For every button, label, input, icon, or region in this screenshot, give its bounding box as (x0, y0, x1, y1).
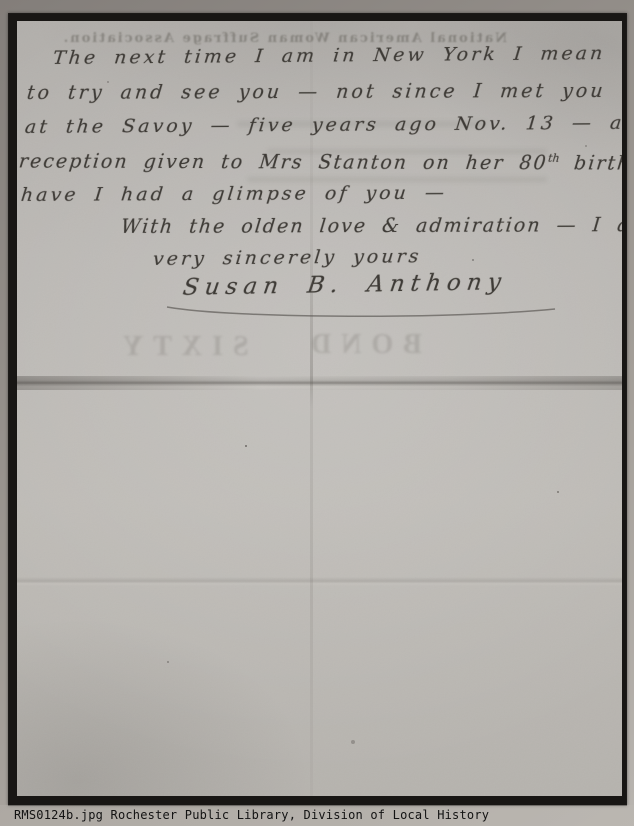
handwriting-line: The next time I am in New York I mean (52, 42, 606, 69)
photo-mount: National American Woman Suffrage Associa… (8, 13, 627, 806)
caption-bar: RMS0124b.jpg Rochester Public Library, D… (0, 805, 634, 826)
handwriting-line: to try and see you — not since I met you (26, 80, 607, 104)
handwriting-line: reception given to Mrs Stanton on her 80… (18, 150, 622, 175)
handwriting-text: birth-day — (558, 152, 622, 175)
signature: Susan B. Anthony (181, 269, 508, 301)
letter-paper: National American Woman Suffrage Associa… (17, 21, 622, 796)
handwriting-line: have I had a glimpse of you — (20, 182, 448, 206)
paper-specks (245, 445, 247, 447)
scanned-letter-photo: { "photo": { "caption": "RMS0124b.jpg Ro… (0, 0, 634, 826)
fold-crease-vertical (310, 21, 313, 796)
fold-crease-horizontal (17, 376, 622, 390)
handwriting-line: With the olden love & admiration — I am (120, 214, 622, 238)
watermark-text: SIXTY (113, 331, 249, 363)
handwriting-line: at the Savoy — five years ago Nov. 13 — … (24, 111, 622, 138)
fold-crease-horizontal (17, 577, 622, 586)
handwriting-line: very sincerely yours (152, 245, 423, 270)
signature-flourish (165, 302, 557, 322)
watermark-text: BOND (301, 329, 422, 361)
handwriting-text: reception given to Mrs Stanton on her 80 (18, 150, 549, 174)
caption-text: RMS0124b.jpg Rochester Public Library, D… (0, 805, 634, 825)
